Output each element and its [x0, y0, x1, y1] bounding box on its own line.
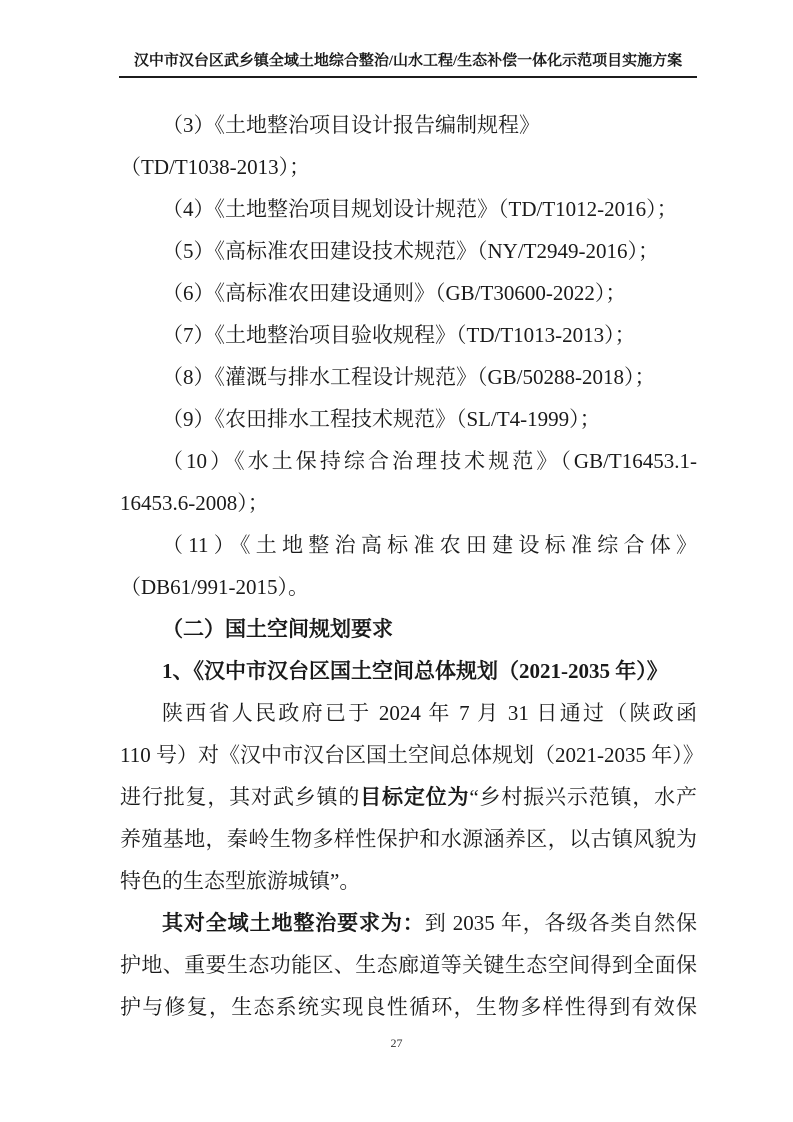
reference-item-7: （7）《土地整治项目验收规程》（TD/T1013-2013）；	[120, 314, 697, 356]
reference-item-9: （9）《农田排水工程技术规范》（SL/T4-1999）；	[120, 398, 697, 440]
paragraph-line: 进行批复，其对武乡镇的目标定位为“乡村振兴示范镇，水产	[120, 776, 697, 818]
reference-item-11-continuation: （DB61/991-2015）。	[120, 566, 697, 608]
reference-item-3: （3）《土地整治项目设计报告编制规程》	[120, 104, 697, 146]
subsection-heading: 1、《汉中市汉台区国土空间总体规划（2021-2035 年）》	[120, 650, 697, 692]
paragraph-segment: “乡村振兴示范镇，水产	[469, 785, 697, 809]
paragraph-line: 其对全域土地整治要求为：到 2035 年，各级各类自然保	[120, 902, 697, 944]
document-body: （3）《土地整治项目设计报告编制规程》 （TD/T1038-2013）； （4）…	[120, 104, 697, 1028]
page-footer: 27	[0, 1036, 793, 1050]
paragraph-segment-emphasis: 目标定位为	[360, 785, 469, 809]
document-title: 汉中市汉台区武乡镇全域土地综合整治/山水工程/生态补偿一体化示范项目实施方案	[134, 53, 682, 69]
reference-item-3-continuation: （TD/T1038-2013）；	[120, 146, 697, 188]
paragraph-segment-emphasis: 其对全域土地整治要求为：	[162, 911, 425, 935]
reference-item-10-continuation: 16453.6-2008）；	[120, 482, 697, 524]
reference-item-11: （11）《土地整治高标准农田建设标准综合体》	[120, 524, 697, 566]
paragraph-line: 特色的生态型旅游城镇”。	[120, 860, 697, 902]
reference-item-6: （6）《高标准农田建设通则》（GB/T30600-2022）；	[120, 272, 697, 314]
reference-item-5: （5）《高标准农田建设技术规范》（NY/T2949-2016）；	[120, 230, 697, 272]
paragraph-segment: 到 2035 年，各级各类自然保	[425, 911, 697, 935]
reference-item-8: （8）《灌溉与排水工程设计规范》（GB/50288-2018）；	[120, 356, 697, 398]
paragraph-line: 110 号）对《汉中市汉台区国土空间总体规划（2021-2035 年）》	[120, 734, 697, 776]
paragraph-line: 护与修复，生态系统实现良性循环，生物多样性得到有效保护，	[120, 986, 697, 1028]
paragraph-line: 护地、重要生态功能区、生态廊道等关键生态空间得到全面保	[120, 944, 697, 986]
reference-item-4: （4）《土地整治项目规划设计规范》（TD/T1012-2016）；	[120, 188, 697, 230]
page-number: 27	[391, 1036, 403, 1050]
page-header: 汉中市汉台区武乡镇全域土地综合整治/山水工程/生态补偿一体化示范项目实施方案	[119, 0, 697, 78]
section-heading: （二）国土空间规划要求	[120, 608, 697, 650]
document-page: 汉中市汉台区武乡镇全域土地综合整治/山水工程/生态补偿一体化示范项目实施方案 （…	[0, 0, 793, 1122]
paragraph-segment: 进行批复，其对武乡镇的	[120, 785, 360, 809]
reference-item-10: （10）《水土保持综合治理技术规范》（GB/T16453.1-	[120, 440, 697, 482]
paragraph-line: 陕西省人民政府已于 2024 年 7 月 31 日通过（陕政函〔2024〕	[120, 692, 697, 734]
paragraph-line: 养殖基地，秦岭生物多样性保护和水源涵养区，以古镇风貌为	[120, 818, 697, 860]
